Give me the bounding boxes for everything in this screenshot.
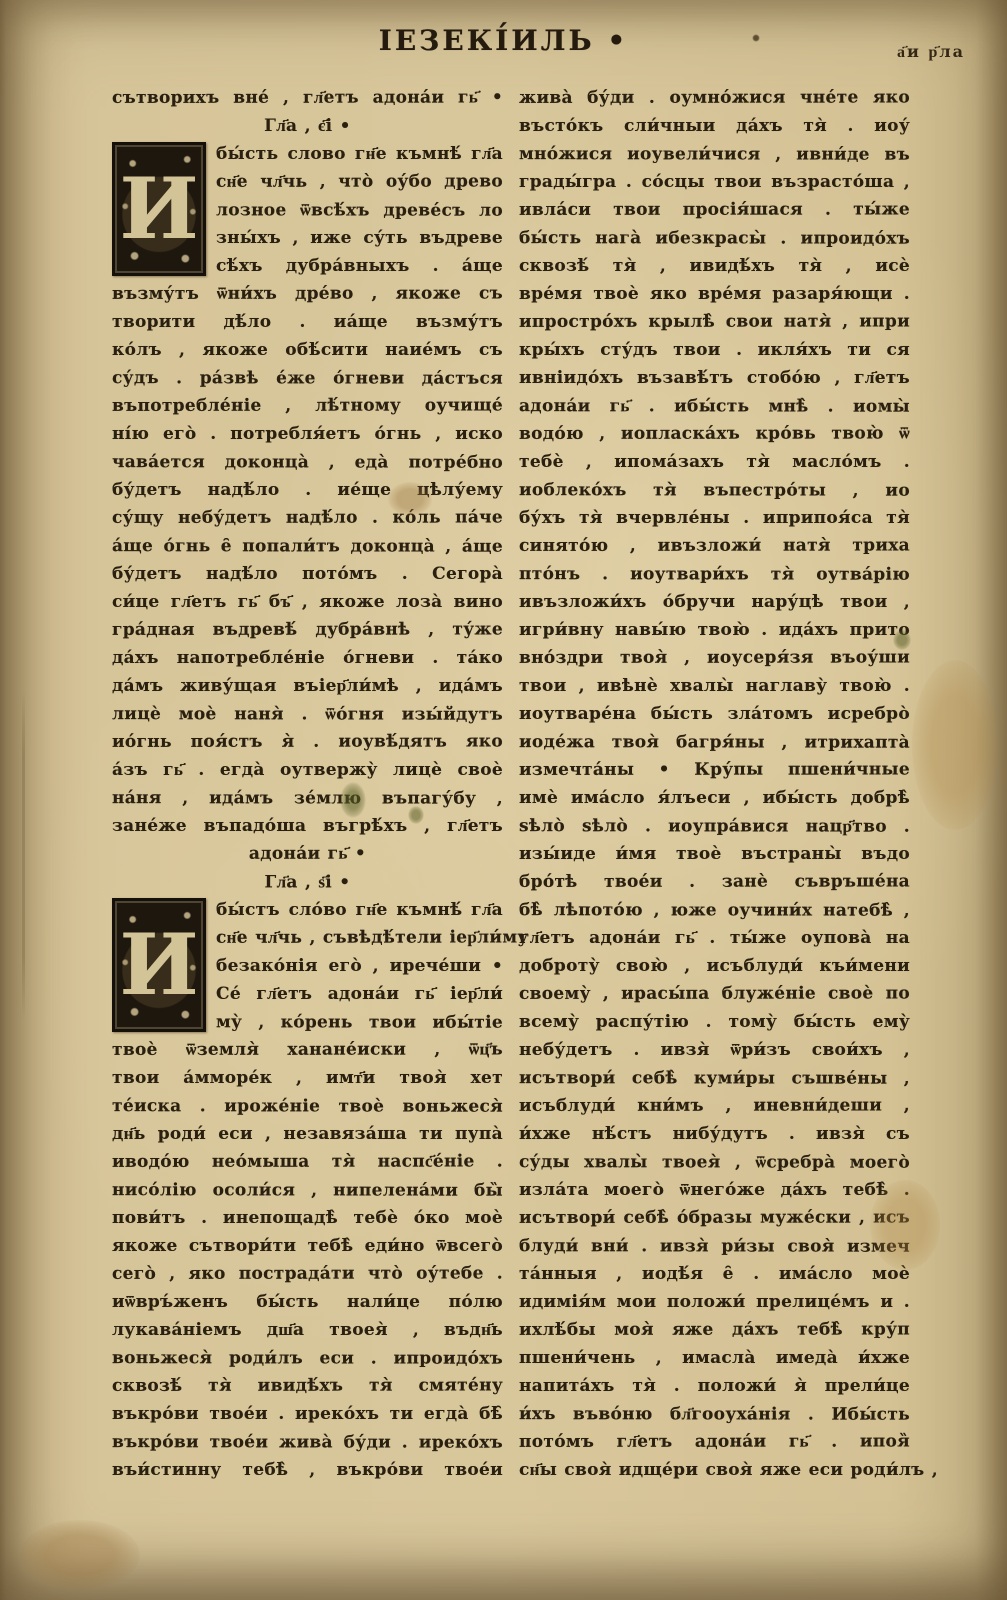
- text-line: а́зъ гь҃ . егда̀ оутвержу̀ лицѐ своѐ: [112, 756, 503, 784]
- folio-number: а҃и р҃ла: [897, 42, 965, 62]
- text-line: якоже сътвори́ти тебѣ̀ еди́но ѿвсего̀: [112, 1232, 503, 1260]
- text-line: имѐ има́сло я́лъеси , ибы́сть добрѣ̀: [519, 784, 910, 812]
- text-line: пови́тъ . инепощадѣ̀ тебѐ о́ко моѐ: [112, 1204, 503, 1232]
- text-line: ио́гнь поя́стъ я̀ . иоувѣ́дятъ яко: [112, 727, 503, 755]
- text-line: иоблеко́хъ тя̀ въпестро́ты , ио: [519, 476, 910, 505]
- text-line: воньжеся̀ роди́лъ еси . ипроидо́хъ: [112, 1344, 503, 1373]
- text-line: су́щу небу́детъ надѣ́ло . ко́ль па́че: [112, 503, 503, 531]
- text-line: Гл҃а , ѕ҃і •: [112, 868, 503, 897]
- text-line: и́хже нѣ́стъ нибу́дутъ . ивзя̀ съ: [519, 1120, 910, 1148]
- text-line: жива̀ бу́ди . оумно́жися чне́те яко: [519, 83, 910, 111]
- text-line: да́хъ напотребле́ніе о́гневи . та́ко: [112, 644, 503, 672]
- text-line: твои , ивѣнѐ хвалы̀ наглаву̀ твою̀ .: [519, 672, 910, 700]
- paper-stain: [912, 660, 998, 830]
- text-line: въкро́ви твое́и жива̀ бу́ди . иреко́хъ: [112, 1428, 503, 1457]
- text-line: сн҃е чл҃чь , что̀ оу́бо древо: [112, 167, 503, 195]
- text-line: бу́хъ тя̀ вчервле́ны . иприпоя́са тя̀: [519, 504, 910, 532]
- text-line: на́ня , ида́мъ зе́млю въпагу́бу ,: [112, 784, 503, 813]
- text-line: зане́же въпадо́ша въгрѣ́хъ , гл҃етъ: [112, 812, 503, 840]
- text-line: лицѐ моѐ наня̀ . ѿо́гня изы́йдутъ: [112, 700, 503, 729]
- text-line: сквозѣ́ тя̀ ивидѣ́хъ тя̀ смяте́ну: [112, 1371, 503, 1399]
- text-line: доброту̀ свою̀ , исъблуди́ къи́мени: [519, 952, 910, 980]
- text-line: идимія́м мои положи́ прелице́мъ и .: [519, 1288, 910, 1316]
- text-line: исътвори́ себѣ̀ куми́ры съшве́ны ,: [519, 1064, 910, 1093]
- text-line: твои а́мморе́к , имт҃и твоя̀ хет: [112, 1064, 503, 1092]
- text-line: та́нныя , иодѣ́я е̑ . има́сло моѐ: [519, 1260, 910, 1288]
- text-line: ивніидо́хъ възавѣ́тъ стобо́ю , гл҃етъ: [519, 364, 910, 392]
- text-line: кры́хъ сту́дъ твои . икля́хъ ти ся: [519, 336, 910, 364]
- text-line: да́мъ живу́щая въіер҃ли́мѣ , ида́мъ: [112, 672, 503, 700]
- text-line: исъблуди́ кни́мъ , иневни́деши ,: [519, 1091, 910, 1119]
- text-line: въкро́ви твое́и . иреко́хъ ти егда̀ бѣ̑: [112, 1400, 503, 1428]
- text-column-left: сътворихъ вне́ , гл҃етъ адона́и гь҃ •Гл҃…: [112, 84, 503, 1484]
- text-line: изы́иде и́мя твоѐ въстраны̀ въдо: [519, 840, 910, 868]
- text-line: водо́ю , иопласка́хъ кро́вь твою̀ ѿ: [519, 419, 910, 447]
- text-line: небу́детъ . ивзя̀ ѿри́зъ свои́хъ ,: [519, 1036, 910, 1064]
- text-line: сн҃е чл҃чь , съвѣдѣ́тели іер҃ли́му: [112, 923, 503, 951]
- text-line: твоѐ ѿземля̀ ханане́иски , ѿц҃ъ: [112, 1035, 503, 1063]
- text-line: творити дѣ́ло . иа́ще възму́тъ: [112, 308, 503, 336]
- text-line: всему̀ распу́тію . тому̀ бы́сть ему̀: [519, 1008, 910, 1036]
- text-line: грады́гра . со́сцы твои възрасто́ша ,: [519, 168, 910, 196]
- text-line: въсто́къ сли́чныи да́хъ тя̀ . иоу́: [519, 112, 910, 140]
- text-column-right: жива̀ бу́ди . оумно́жися чне́те яковъсто…: [519, 84, 910, 1484]
- text-line: пто́нъ . иоутвари́хъ тя̀ оутва́рію: [519, 560, 910, 589]
- text-line: пшени́чень , имасла̀ имеда̀ и́хже: [519, 1344, 910, 1372]
- text-line: ко́лъ , якоже обѣ́сити наие́мъ съ: [112, 336, 503, 364]
- text-line: пото́мъ гл҃етъ адона́и гь҃ . ипоя̏: [519, 1427, 910, 1455]
- text-line: ивла́си твои просія́шася . ты́же: [519, 195, 910, 223]
- text-line: вно́здри твоя̀ , иоусеря́зя въоу́ши: [519, 643, 910, 671]
- text-line: дн҃ь роди́ еси , незавяза́ша ти пупа̀: [112, 1120, 503, 1148]
- text-line: игри́вну навы́ю твою̀ . ида́хъ прито: [519, 616, 910, 644]
- text-line: измечта́ны • Кру́пы пшени́чные: [519, 755, 910, 783]
- text-line: сего̀ , яко пострада́ти что̀ оу́тебе .: [112, 1259, 503, 1287]
- text-line: адона́и гь҃ •: [112, 839, 503, 867]
- text-line: бро́тѣ твое́и . занѐ съвръше́на: [519, 867, 910, 895]
- text-line: сн҃ы своя̀ идще́ри своя̀ яже еси роди́лъ…: [519, 1456, 910, 1484]
- page-title: ІЕЗЕКІ́ИЛЬ •: [0, 24, 1007, 57]
- text-line: су́дъ . ра́звѣ е́же о́гневи да́стъся: [112, 364, 503, 393]
- text-line: ѕѣло̀ ѕѣло̀ . иоупра́вися нацр҃тво .: [519, 812, 910, 841]
- text-line: исътвори́ себѣ̀ о́бразы муже́ски , исъ: [519, 1203, 910, 1231]
- text-line: и́хъ въво́ню бл҃гооуха́нія . Ибы́сть: [519, 1400, 910, 1429]
- text-line: гл҃етъ адона́и гь҃ . ты́же оупова̀ на: [519, 924, 910, 952]
- text-line: лозное ѿвсѣ́хъ древе́съ ло: [112, 196, 503, 225]
- text-line: ипростро́хъ крылѣ̀ свои натя̀ , ипри: [519, 307, 910, 335]
- text-line: чава́ется доконца̀ , еда̀ потре́бно: [112, 448, 503, 477]
- text-line: бѣ̀ лѣпото́ю , юже оучини́х натебѣ̀ ,: [519, 896, 910, 925]
- text-line: Гл҃а , є҃і •: [112, 112, 503, 140]
- text-line: въи́стинну тебѣ̀ , въкро́ви твое́и: [112, 1456, 503, 1484]
- text-line: ні́ю его̀ . потребля́етъ о́гнь , иско: [112, 420, 503, 448]
- text-line: иѿвръ́женъ бы́сть нали́це по́лю: [112, 1288, 503, 1316]
- text-line: синято́ю , ивъзложи́ натя̀ триха: [519, 531, 910, 559]
- text-line: въпотребле́ніе , лѣ́тному оучище́: [112, 391, 503, 419]
- text-line: бы́сть нага̀ ибезкрасы̀ . ипроидо́хъ: [519, 224, 910, 253]
- text-line: си́це гл҃етъ гь҃ бъ҃ , якоже лоза̀ вино: [112, 588, 503, 616]
- text-line: адона́и гь҃ . ибы́сть мнѣ̀ . иомы̀: [519, 392, 910, 421]
- text-line: те́иска . ироже́ніе твоѐ воньжеся̀: [112, 1092, 503, 1121]
- text-line: бу́детъ надѣ́ло . ие́ще цѣлу́ему: [112, 476, 503, 504]
- text-line: му̀ , ко́рень твои ибы́тіе: [112, 1008, 503, 1037]
- text-line: своему̀ , ирасы́па блуже́ніе своѐ по: [519, 979, 910, 1007]
- text-line: възму́тъ ѿни́хъ дре́во , якоже съ: [112, 279, 503, 307]
- text-line: мно́жися иоувели́чися , ивни́де въ: [519, 140, 910, 169]
- text-line: лукава́ніемъ дш҃а твоея̀ , въдн҃ь: [112, 1316, 503, 1344]
- text-line: иоутваре́на бы́сть зла́томъ исребро̀: [519, 700, 910, 728]
- paper-stain: [20, 1520, 140, 1590]
- text-line: гра́дная въдревѣ́ дубра́внѣ , ту́же: [112, 615, 503, 643]
- text-block: сътворихъ вне́ , гл҃етъ адона́и гь҃ •Гл҃…: [112, 84, 910, 1484]
- text-line: иводо́ю нео́мыша тя̀ наспс҃е́ніе .: [112, 1147, 503, 1175]
- text-line: су́ды хвалы̀ твоея̀ , ѿсребра̀ моего̀: [519, 1148, 910, 1177]
- text-line: блуди́ вни́ . ивзя̀ ри́зы своя̀ измеч: [519, 1232, 910, 1261]
- text-line: тебѐ , ипома́захъ тя̀ масло́мъ .: [519, 448, 910, 476]
- text-line: изла́та моего̀ ѿнего́же да́хъ тебѣ̀ .: [519, 1176, 910, 1204]
- book-page: ІЕЗЕКІ́ИЛЬ • а҃и р҃ла сътворихъ вне́ , г…: [0, 0, 1007, 1600]
- text-line: сквозѣ́ тя̀ , ивидѣ́хъ тя̀ , исѐ: [519, 252, 910, 280]
- text-line: ивъзложи́хъ о́бручи нару́цѣ твои ,: [519, 588, 910, 616]
- text-line: сътворихъ вне́ , гл҃етъ адона́и гь҃ •: [112, 83, 503, 111]
- text-line: а́ще о́гнь е̑ попали́тъ доконца̀ , а́ще: [112, 532, 503, 561]
- text-line: нисо́лію осоли́ся , нипелена́ми бы̏: [112, 1176, 503, 1205]
- paper-crease: [22, 690, 25, 1020]
- text-line: иоде́жа твоя̀ багря́ны , итрихапта̀: [519, 728, 910, 757]
- text-line: ихлѣ́бы моя̀ яже да́хъ тебѣ̀ кру́п: [519, 1315, 910, 1343]
- text-line: вре́мя твоѐ яко вре́мя разаря́ющи .: [519, 280, 910, 308]
- text-line: бу́детъ надѣ́ло пото́мъ . Сегора̀: [112, 560, 503, 588]
- text-line: напита́хъ тя̀ . положи́ я̀ прели́це: [519, 1372, 910, 1400]
